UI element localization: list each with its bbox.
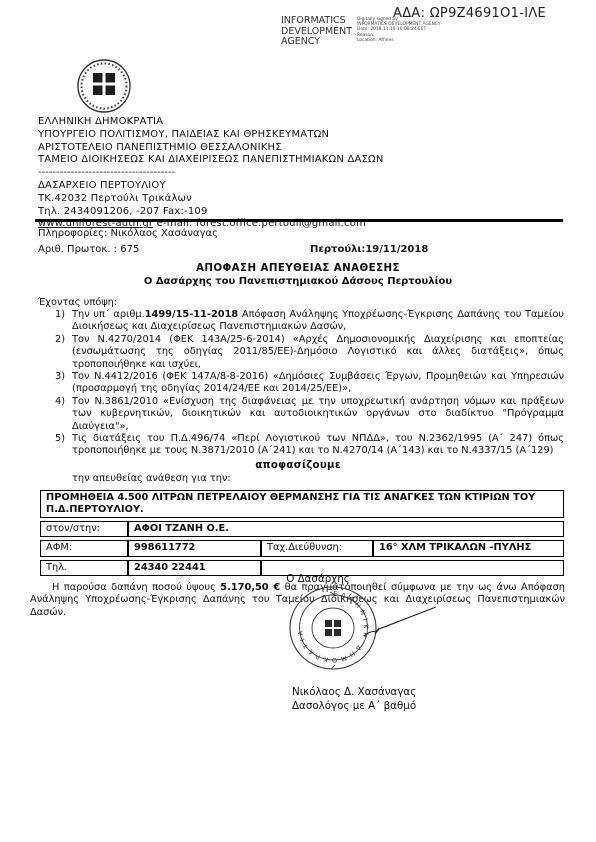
list-item-text-bold: 1499/15-11-2018	[145, 309, 239, 320]
digital-signature-agency: INFORMATICS DEVELOPMENT AGENCY	[281, 16, 353, 48]
letterhead-line-republic: ΕΛΛΗΝΙΚΗ ΔΗΜΟΚΡΑΤΙΑ	[38, 116, 384, 129]
award-subject-cell: ΠΡΟΜΗΘΕΙΑ 4.500 ΛΙΤΡΩΝ ΠΕΤΡΕΛΑΙΟΥ ΘΕΡΜΑΝ…	[40, 490, 564, 518]
letterhead-phone: Τηλ. 2434091206, -207 Fax:-109	[38, 206, 384, 219]
table-row-afm: ΑΦΜ: 998611772 Ταχ.Διεύθυνση: 16° ΧΛΜ ΤΡ…	[40, 540, 564, 556]
list-item-number: 5)	[55, 433, 72, 458]
letterhead: ΕΛΛΗΝΙΚΗ ΔΗΜΟΚΡΑΤΙΑ ΥΠΟΥΡΓΕΙΟ ΠΟΛΙΤΙΣΜΟΥ…	[38, 116, 384, 231]
tel-label-cell: Τηλ.	[40, 560, 128, 576]
list-item-text: Την υπ΄ αριθμ.1499/15-11-2018 Απόφαση Αν…	[72, 309, 564, 334]
signatory-grade: Δασολόγος με Α΄ βαθμό	[292, 700, 416, 714]
address-label-cell: Ταχ.Διεύθυνση:	[261, 540, 373, 556]
document-body: ΑΠΟΦΑΣΗ ΑΠΕΥΘΕΙΑΣ ΑΝΑΘΕΣΗΣ Ο Δασάρχης το…	[0, 262, 596, 620]
list-item: 4) Τον Ν.3861/2010 «Ενίσχυση της διαφάνε…	[55, 396, 564, 433]
having-regard-label: Έχοντας υπόψη:	[38, 297, 596, 308]
digsig-line: Location: Athens	[357, 38, 447, 43]
list-item: 1) Την υπ΄ αριθμ.1499/15-11-2018 Απόφαση…	[55, 309, 564, 334]
document-page: ΑΔΑ: ΩΡ9Ζ4691Ο1-ΙΛΕ INFORMATICS DEVELOPM…	[0, 0, 596, 842]
legal-references-list: 1) Την υπ΄ αριθμ.1499/15-11-2018 Απόφαση…	[55, 309, 564, 458]
table-row-subject: ΠΡΟΜΗΘΕΙΑ 4.500 ΛΙΤΡΩΝ ΠΕΤΡΕΛΑΙΟΥ ΘΕΡΜΑΝ…	[40, 490, 564, 518]
afm-label-cell: ΑΦΜ:	[40, 540, 128, 556]
to-label-cell: στον/στην:	[40, 521, 128, 537]
letterhead-divider: --------------------------------------	[38, 167, 384, 180]
direct-award-intro: την απευθείας ανάθεση για την:	[72, 473, 596, 485]
to-value-cell: ΑΦΟΙ ΤΖΑΝΗ Ο.Ε.	[128, 521, 564, 537]
list-item-text: Τον Ν.3861/2010 «Ενίσχυση της διαφάνειας…	[72, 396, 564, 433]
address-value-cell: 16° ΧΛΜ ΤΡΙΚΑΛΩΝ -ΠΥΛΗΣ	[373, 540, 564, 556]
list-item-text-pre: Την υπ΄ αριθμ.	[72, 309, 145, 320]
tel-value-cell: 24340 22441	[128, 560, 261, 576]
award-table: ΠΡΟΜΗΘΕΙΑ 4.500 ΛΙΤΡΩΝ ΠΕΤΡΕΛΑΙΟΥ ΘΕΡΜΑΝ…	[40, 487, 564, 579]
letterhead-line-university: ΑΡΙΣΤΟΤΕΛΕΙΟ ΠΑΝΕΠΙΣΤΗΜΙΟ ΘΕΣΣΑΛΟΝΙΚΗΣ	[38, 142, 384, 155]
letterhead-address: ΤΚ.42032 Περτούλι Τρικάλων	[38, 193, 384, 206]
letterhead-line-ministry: ΥΠΟΥΡΓΕΙΟ ΠΟΛΙΤΙΣΜΟΥ, ΠΑΙΔΕΙΑΣ ΚΑΙ ΘΡΗΣΚ…	[38, 129, 384, 142]
signatory-name: Νικόλαος Δ. Χασάναγας	[292, 686, 416, 700]
closing-text-pre: Η παρούσα δαπάνη ποσού ύψους	[52, 582, 220, 593]
handwritten-signature	[364, 607, 436, 636]
stamp-ring-text: ΕΛΛΗΝΙΚΗ ΔΗΜΟΚΡΑΤΙΑ	[296, 590, 370, 664]
place-and-date: Περτούλι:19/11/2018	[310, 244, 428, 255]
stamp-center-emblem	[325, 620, 341, 636]
table-row-contractor: στον/στην: ΑΦΟΙ ΤΖΑΝΗ Ο.Ε.	[40, 521, 564, 537]
list-item: 5) Τις διατάξεις του Π.Δ.496/74 «Περί Λο…	[55, 433, 564, 458]
list-item-number: 2)	[55, 334, 72, 371]
signatory-name-block: Νικόλαος Δ. Χασάναγας Δασολόγος με Α΄ βα…	[292, 686, 416, 713]
list-item: 3) Τον Ν.4412/2016 (ΦΕΚ 147Α/8-8-2016) «…	[55, 371, 564, 396]
horizontal-rule	[35, 219, 563, 222]
list-item-text: Τις διατάξεις του Π.Δ.496/74 «Περί Λογισ…	[72, 433, 564, 458]
digital-signature-details: Digitally signed by INFORMATICS DEVELOPM…	[357, 16, 447, 48]
list-item-number: 1)	[55, 309, 72, 334]
digital-signature-block: INFORMATICS DEVELOPMENT AGENCY Digitally…	[281, 16, 447, 48]
official-round-stamp: ΕΛΛΗΝΙΚΗ ΔΗΜΟΚΡΑΤΙΑ	[284, 584, 446, 679]
list-item-text: Τον Ν.4412/2016 (ΦΕΚ 147Α/8-8-2016) «Δημ…	[72, 371, 564, 396]
list-item-number: 4)	[55, 396, 72, 433]
list-item-text: Τον Ν.4270/2014 (ΦΕΚ 143Α/25-6-2014) «Αρ…	[72, 334, 564, 371]
decision-subtitle: Ο Δασάρχης του Πανεπιστημιακού Δάσους Πε…	[0, 275, 596, 288]
letterhead-office: ΔΑΣΑΡΧΕΙΟ ΠΕΡΤΟΥΛΙΟΥ	[38, 180, 384, 193]
letterhead-line-fund: ΤΑΜΕΙΟ ΔΙΟΙΚΗΣΕΩΣ ΚΑΙ ΔΙΑΧΕΙΡΙΣΕΩΣ ΠΑΝΕΠ…	[38, 154, 384, 167]
list-item-number: 3)	[55, 371, 72, 396]
decision-title: ΑΠΟΦΑΣΗ ΑΠΕΥΘΕΙΑΣ ΑΝΑΘΕΣΗΣ	[0, 262, 596, 275]
greek-coat-of-arms-icon	[76, 58, 132, 117]
decide-label: αποφασίζουμε	[0, 459, 596, 473]
protocol-number: Αριθ. Πρωτοκ. : 675	[38, 244, 139, 255]
afm-value-cell: 998611772	[128, 540, 261, 556]
list-item: 2) Τον Ν.4270/2014 (ΦΕΚ 143Α/25-6-2014) …	[55, 334, 564, 371]
information-contact-line: Πληροφορίες: Νικόλαος Χασάναγας	[38, 228, 218, 239]
